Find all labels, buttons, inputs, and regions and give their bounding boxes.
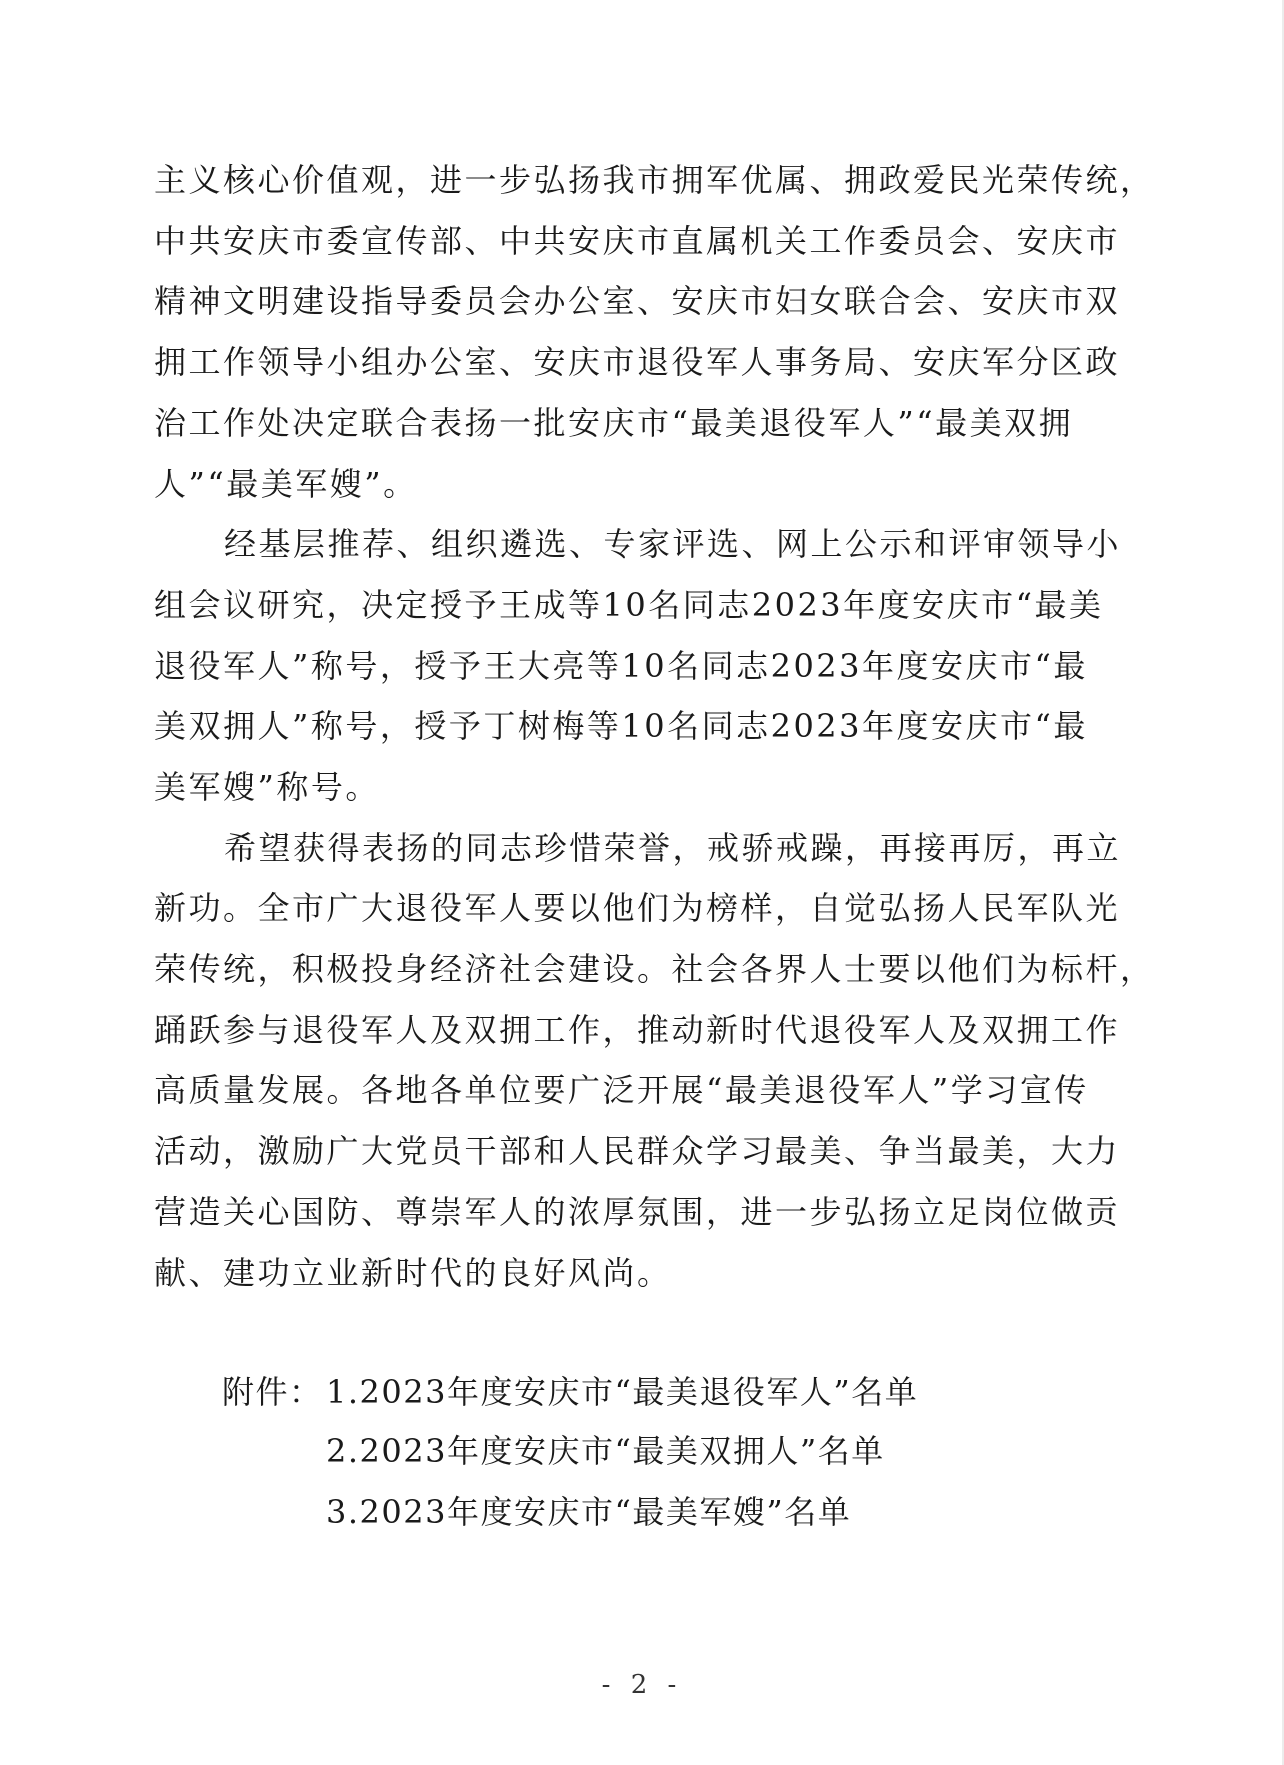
page-number: - 2 - xyxy=(0,1668,1284,1702)
body-line: 人”“最美军嫂”。 xyxy=(154,464,1134,504)
body-line: 美军嫂”称号。 xyxy=(154,767,1134,807)
body-line: 营造关心国防、尊崇军人的浓厚氛围，进一步弘扬立足岗位做贡 xyxy=(154,1192,1134,1232)
body-line: 组会议研究，决定授予王成等10名同志2023年度安庆市“最美 xyxy=(154,585,1134,625)
document-page: 主义核心价值观，进一步弘扬我市拥军优属、拥政爱民光荣传统， 中共安庆市委宣传部、… xyxy=(0,0,1284,1765)
paragraph-start-line: 经基层推荐、组织遴选、专家评选、网上公示和评审领导小 xyxy=(224,524,1204,564)
body-line: 活动，激励广大党员干部和人民群众学习最美、争当最美，大力 xyxy=(154,1131,1134,1171)
body-line: 新功。全市广大退役军人要以他们为榜样，自觉弘扬人民军队光 xyxy=(154,888,1134,928)
body-line: 荣传统，积极投身经济社会建设。社会各界人士要以他们为标杆， xyxy=(154,949,1134,989)
body-line: 献、建功立业新时代的良好风尚。 xyxy=(154,1253,1134,1293)
attachments-label: 附件： xyxy=(222,1372,323,1412)
body-line: 中共安庆市委宣传部、中共安庆市直属机关工作委员会、安庆市 xyxy=(154,221,1134,261)
attachment-item: 3.2023年度安庆市“最美军嫂”名单 xyxy=(326,1492,851,1532)
paragraph-start-line: 希望获得表扬的同志珍惜荣誉，戒骄戒躁，再接再厉，再立 xyxy=(224,828,1204,868)
body-line: 主义核心价值观，进一步弘扬我市拥军优属、拥政爱民光荣传统， xyxy=(154,160,1134,200)
body-line: 拥工作领导小组办公室、安庆市退役军人事务局、安庆军分区政 xyxy=(154,342,1134,382)
body-line: 美双拥人”称号，授予丁树梅等10名同志2023年度安庆市“最 xyxy=(154,706,1134,746)
body-line: 精神文明建设指导委员会办公室、安庆市妇女联合会、安庆市双 xyxy=(154,281,1134,321)
attachment-item: 2.2023年度安庆市“最美双拥人”名单 xyxy=(326,1431,885,1471)
body-line: 高质量发展。各地各单位要广泛开展“最美退役军人”学习宣传 xyxy=(154,1070,1134,1110)
body-line: 治工作处决定联合表扬一批安庆市“最美退役军人”“最美双拥 xyxy=(154,403,1134,443)
body-line: 踊跃参与退役军人及双拥工作，推动新时代退役军人及双拥工作 xyxy=(154,1010,1134,1050)
attachment-item: 1.2023年度安庆市“最美退役军人”名单 xyxy=(326,1372,918,1412)
body-line: 退役军人”称号，授予王大亮等10名同志2023年度安庆市“最 xyxy=(154,646,1134,686)
